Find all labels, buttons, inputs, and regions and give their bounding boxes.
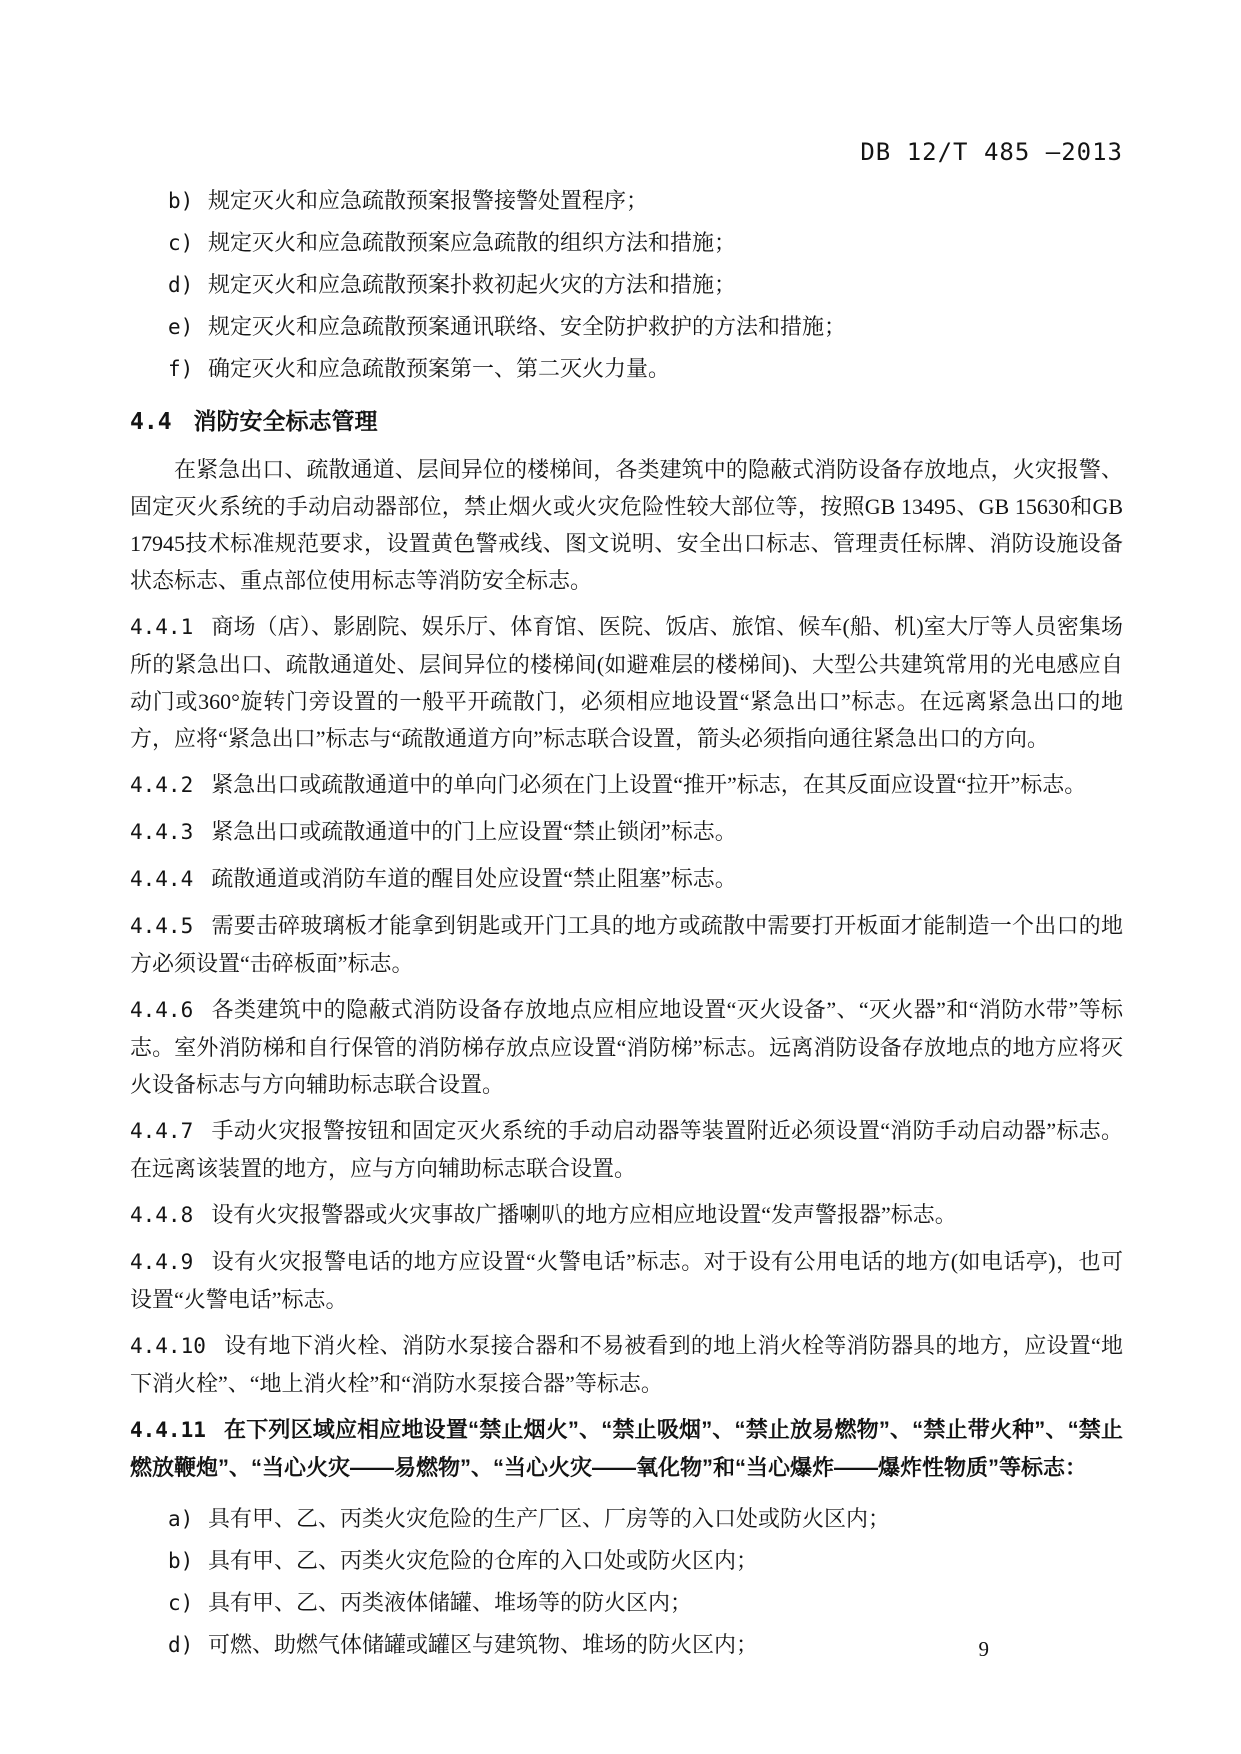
clause-4-4-5: 4.4.5需要击碎玻璃板才能拿到钥匙或开门工具的地方或疏散中需要打开板面才能制造… <box>130 907 1123 982</box>
clause-text: 设有火灾报警电话的地方应设置“火警电话”标志。对于设有公用电话的地方(如电话亭)… <box>130 1249 1123 1312</box>
clause-4-4-3: 4.4.3紧急出口或疏散通道中的门上应设置“禁止锁闭”标志。 <box>130 813 1123 851</box>
clause-4-4-9: 4.4.9设有火灾报警电话的地方应设置“火警电话”标志。对于设有公用电话的地方(… <box>130 1243 1123 1318</box>
list-item: f)确定灭火和应急疏散预案第一、第二灭火力量。 <box>168 350 1123 388</box>
list-item-text: 规定灭火和应急疏散预案通讯联络、安全防护救护的方法和措施； <box>208 314 846 339</box>
list-item-label: c) <box>168 225 208 262</box>
list-item-label: f) <box>168 351 208 388</box>
list-item: c)具有甲、乙、丙类液体储罐、堆场等的防火区内； <box>168 1584 1123 1622</box>
section-title: 消防安全标志管理 <box>194 408 378 434</box>
list-item: a)具有甲、乙、丙类火灾危险的生产厂区、厂房等的入口处或防火区内； <box>168 1500 1123 1538</box>
list-item-label: d) <box>168 267 208 304</box>
section-number: 4.4 <box>130 409 172 435</box>
section-heading: 4.4消防安全标志管理 <box>130 404 1123 439</box>
list-item: d)规定灭火和应急疏散预案扑救初起火灾的方法和措施； <box>168 266 1123 304</box>
list-item-text: 确定灭火和应急疏散预案第一、第二灭火力量。 <box>208 356 670 381</box>
list-item: c)规定灭火和应急疏散预案应急疏散的组织方法和措施； <box>168 224 1123 262</box>
clause-number: 4.4.4 <box>130 867 193 891</box>
clause-text: 紧急出口或疏散通道中的门上应设置“禁止锁闭”标志。 <box>211 819 737 844</box>
list-item-label: d) <box>168 1627 208 1664</box>
document-page: DB 12/T 485 —2013 b)规定灭火和应急疏散预案报警接警处置程序；… <box>0 0 1241 1754</box>
clause-text: 在下列区域应相应地设置“禁止烟火”、“禁止吸烟”、“禁止放易燃物”、“禁止带火种… <box>130 1417 1123 1480</box>
clause-number: 4.4.5 <box>130 914 193 938</box>
list-item-text: 可燃、助燃气体储罐或罐区与建筑物、堆场的防火区内； <box>208 1632 758 1657</box>
clause-number: 4.4.3 <box>130 820 193 844</box>
list-item-text: 规定灭火和应急疏散预案报警接警处置程序； <box>208 188 648 213</box>
clause-number: 4.4.11 <box>130 1418 206 1442</box>
clause-text: 各类建筑中的隐蔽式消防设备存放地点应相应地设置“灭火设备”、“灭火器”和“消防水… <box>130 997 1123 1097</box>
section-intro-paragraph: 在紧急出口、疏散通道、层间异位的楼梯间，各类建筑中的隐蔽式消防设备存放地点，火灾… <box>130 451 1123 599</box>
clause-text: 紧急出口或疏散通道中的单向门必须在门上设置“推开”标志，在其反面应设置“拉开”标… <box>211 772 1086 797</box>
list-item-label: b) <box>168 1543 208 1580</box>
clause-text: 商场（店）、影剧院、娱乐厅、体育馆、医院、饭店、旅馆、候车(船、机)室大厅等人员… <box>130 614 1123 751</box>
clause-4-4-6: 4.4.6各类建筑中的隐蔽式消防设备存放地点应相应地设置“灭火设备”、“灭火器”… <box>130 991 1123 1103</box>
list-item-label: b) <box>168 183 208 220</box>
clause-number: 4.4.2 <box>130 773 193 797</box>
clause-4-4-4: 4.4.4疏散通道或消防车道的醒目处应设置“禁止阻塞”标志。 <box>130 860 1123 898</box>
clause-4-4-10: 4.4.10设有地下消火栓、消防水泵接合器和不易被看到的地上消火栓等消防器具的地… <box>130 1327 1123 1402</box>
list-item: b)具有甲、乙、丙类火灾危险的仓库的入口处或防火区内； <box>168 1542 1123 1580</box>
list-item: b)规定灭火和应急疏散预案报警接警处置程序； <box>168 182 1123 220</box>
top-letter-list: b)规定灭火和应急疏散预案报警接警处置程序； c)规定灭火和应急疏散预案应急疏散… <box>130 182 1123 388</box>
clause-text: 疏散通道或消防车道的醒目处应设置“禁止阻塞”标志。 <box>211 866 737 891</box>
list-item-text: 具有甲、乙、丙类火灾危险的仓库的入口处或防火区内； <box>208 1548 758 1573</box>
clause-text: 需要击碎玻璃板才能拿到钥匙或开门工具的地方或疏散中需要打开板面才能制造一个出口的… <box>130 913 1123 976</box>
list-item-text: 具有甲、乙、丙类液体储罐、堆场等的防火区内； <box>208 1590 692 1615</box>
list-item-text: 规定灭火和应急疏散预案扑救初起火灾的方法和措施； <box>208 272 736 297</box>
list-item-text: 规定灭火和应急疏散预案应急疏散的组织方法和措施； <box>208 230 736 255</box>
clause-text: 设有地下消火栓、消防水泵接合器和不易被看到的地上消火栓等消防器具的地方，应设置“… <box>130 1333 1123 1396</box>
clause-number: 4.4.1 <box>130 615 193 639</box>
page-footer: 9 <box>979 1637 990 1662</box>
list-item: e)规定灭火和应急疏散预案通讯联络、安全防护救护的方法和措施； <box>168 308 1123 346</box>
clause-number: 4.4.10 <box>130 1334 206 1358</box>
clause-4-4-2: 4.4.2紧急出口或疏散通道中的单向门必须在门上设置“推开”标志，在其反面应设置… <box>130 766 1123 804</box>
clause-number: 4.4.6 <box>130 998 193 1022</box>
clause-number: 4.4.7 <box>130 1119 193 1143</box>
clause-4-4-7: 4.4.7手动火灾报警按钮和固定灭火系统的手动启动器等装置附近必须设置“消防手动… <box>130 1112 1123 1187</box>
clause-4-4-8: 4.4.8设有火灾报警器或火灾事故广播喇叭的地方应相应地设置“发声警报器”标志。 <box>130 1196 1123 1234</box>
list-item-label: c) <box>168 1585 208 1622</box>
doc-number: DB 12/T 485 —2013 <box>860 138 1123 166</box>
clause-number: 4.4.9 <box>130 1250 193 1274</box>
clause-number: 4.4.8 <box>130 1203 193 1227</box>
clause-4-4-1: 4.4.1商场（店）、影剧院、娱乐厅、体育馆、医院、饭店、旅馆、候车(船、机)室… <box>130 608 1123 757</box>
doc-header: DB 12/T 485 —2013 <box>130 138 1123 166</box>
clause-text: 设有火灾报警器或火灾事故广播喇叭的地方应相应地设置“发声警报器”标志。 <box>211 1202 957 1227</box>
bottom-letter-list: a)具有甲、乙、丙类火灾危险的生产厂区、厂房等的入口处或防火区内； b)具有甲、… <box>130 1500 1123 1664</box>
list-item-text: 具有甲、乙、丙类火灾危险的生产厂区、厂房等的入口处或防火区内； <box>208 1506 890 1531</box>
list-item-label: e) <box>168 309 208 346</box>
page-number: 9 <box>979 1637 990 1661</box>
list-item-label: a) <box>168 1501 208 1538</box>
clause-text: 手动火灾报警按钮和固定灭火系统的手动启动器等装置附近必须设置“消防手动启动器”标… <box>130 1118 1123 1181</box>
clause-4-4-11: 4.4.11在下列区域应相应地设置“禁止烟火”、“禁止吸烟”、“禁止放易燃物”、… <box>130 1411 1123 1486</box>
